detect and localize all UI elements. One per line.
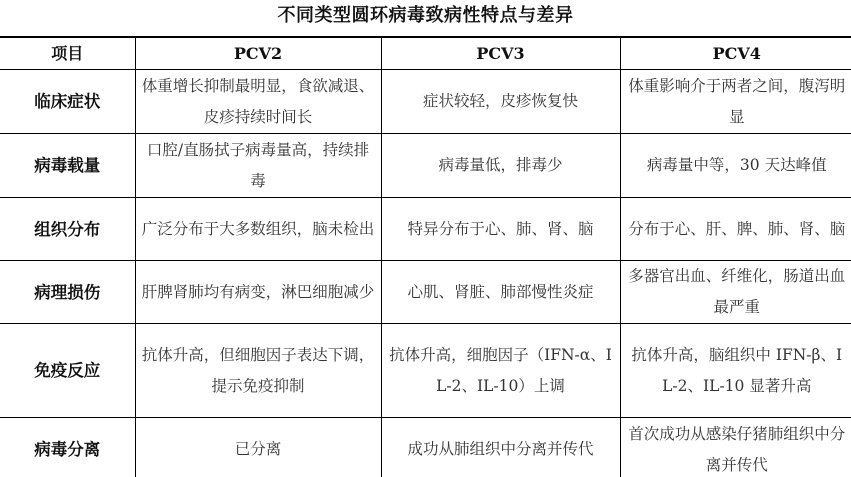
cell-pcv3: 病毒量低，排毒少: [381, 134, 620, 198]
cell-pcv2: 口腔/直肠拭子病毒量高，持续排毒: [135, 134, 381, 198]
comparison-table: 项目 PCV2 PCV3 PCV4 临床症状 体重增长抑制最明显，食欲减退、皮疹…: [0, 36, 851, 477]
cell-pcv4: 多器官出血、纤维化，肠道出血最严重: [620, 261, 851, 324]
header-pcv3: PCV3: [381, 37, 620, 70]
cell-pcv3: 心肌、肾脏、肺部慢性炎症: [381, 261, 620, 324]
table-row-pathological-damage: 病理损伤 肝脾肾肺均有病变，淋巴细胞减少 心肌、肾脏、肺部慢性炎症 多器官出血、…: [0, 261, 851, 324]
cell-pcv4: 病毒量中等，30 天达峰值: [620, 134, 851, 198]
table-row-viral-load: 病毒载量 口腔/直肠拭子病毒量高，持续排毒 病毒量低，排毒少 病毒量中等，30 …: [0, 134, 851, 198]
cell-pcv3: 特异分布于心、肺、肾、脑: [381, 198, 620, 261]
cell-pcv2: 体重增长抑制最明显，食欲减退、皮疹持续时间长: [135, 70, 381, 134]
header-pcv4: PCV4: [620, 37, 851, 70]
row-label: 病毒载量: [0, 134, 135, 198]
table-title: 不同类型圆环病毒致病性特点与差异: [0, 3, 851, 29]
table-row-clinical-symptoms: 临床症状 体重增长抑制最明显，食欲减退、皮疹持续时间长 症状较轻，皮疹恢复快 体…: [0, 70, 851, 134]
cell-pcv3: 症状较轻，皮疹恢复快: [381, 70, 620, 134]
header-row: 项目 PCV2 PCV3 PCV4: [0, 37, 851, 70]
table-row-virus-isolation: 病毒分离 已分离 成功从肺组织中分离并传代 首次成功从感染仔猪肺组织中分离并传代: [0, 418, 851, 477]
table-row-tissue-distribution: 组织分布 广泛分布于大多数组织，脑未检出 特异分布于心、肺、肾、脑 分布于心、肝…: [0, 198, 851, 261]
header-item: 项目: [0, 37, 135, 70]
table-row-immune-response: 免疫反应 抗体升高，但细胞因子表达下调，提示免疫抑制 抗体升高，细胞因子（IFN…: [0, 324, 851, 418]
cell-pcv2: 抗体升高，但细胞因子表达下调，提示免疫抑制: [135, 324, 381, 418]
cell-pcv2: 已分离: [135, 418, 381, 477]
row-label: 病理损伤: [0, 261, 135, 324]
cell-pcv2: 广泛分布于大多数组织，脑未检出: [135, 198, 381, 261]
cell-pcv3: 成功从肺组织中分离并传代: [381, 418, 620, 477]
cell-pcv3: 抗体升高，细胞因子（IFN-α、IL-2、IL-10）上调: [381, 324, 620, 418]
cell-pcv4: 首次成功从感染仔猪肺组织中分离并传代: [620, 418, 851, 477]
row-label: 病毒分离: [0, 418, 135, 477]
cell-pcv2: 肝脾肾肺均有病变，淋巴细胞减少: [135, 261, 381, 324]
cell-pcv4: 分布于心、肝、脾、肺、肾、脑: [620, 198, 851, 261]
cell-pcv4: 抗体升高，脑组织中 IFN-β、IL-2、IL-10 显著升高: [620, 324, 851, 418]
cell-pcv4: 体重影响介于两者之间，腹泻明显: [620, 70, 851, 134]
row-label: 临床症状: [0, 70, 135, 134]
row-label: 免疫反应: [0, 324, 135, 418]
row-label: 组织分布: [0, 198, 135, 261]
header-pcv2: PCV2: [135, 37, 381, 70]
